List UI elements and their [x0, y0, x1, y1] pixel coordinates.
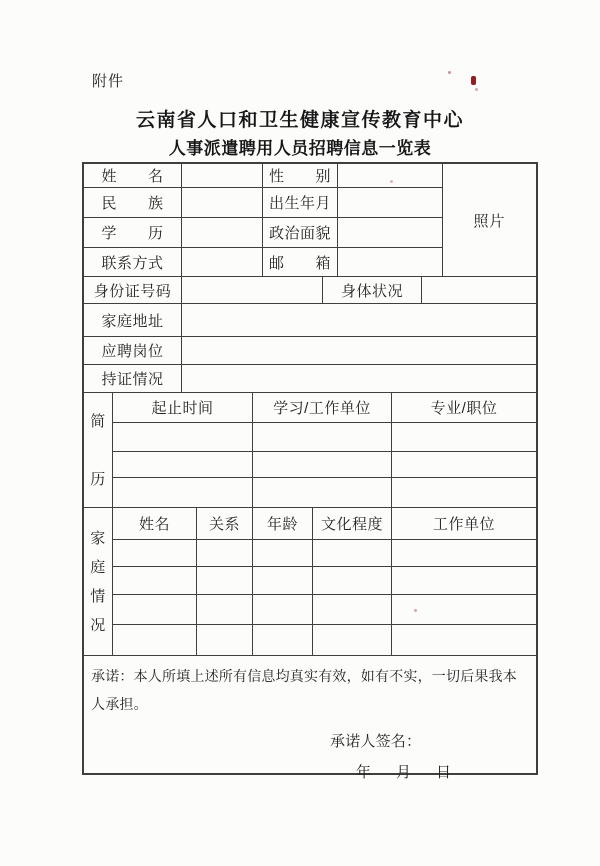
family-relation-cell [197, 595, 253, 624]
name-value-cell [182, 164, 263, 187]
resume-section: 简 历 起止时间 学习/工作单位 专业/职位 [84, 393, 536, 508]
form-title-org: 云南省人口和卫生健康宣传教育中心 [0, 105, 600, 132]
resume-row [113, 478, 536, 508]
resume-period-cell [113, 478, 253, 507]
resume-organization-cell [253, 452, 392, 477]
education-value-cell [182, 218, 263, 247]
table-row: 联系方式 邮 箱 [84, 248, 442, 277]
family-employer-cell [392, 595, 536, 624]
ethnicity-label: 民 族 [84, 188, 182, 217]
id-number-value-cell [182, 277, 323, 303]
scanned-form-page: 附件 云南省人口和卫生健康宣传教育中心 人事派遣聘用人员招聘信息一览表 姓 名 … [0, 0, 600, 866]
resume-row [113, 423, 536, 452]
family-education-cell [313, 540, 392, 566]
table-row: 身份证号码 身体状况 [84, 277, 536, 304]
family-row [113, 567, 536, 595]
family-row [113, 625, 536, 656]
date-label: 年 月 日 [356, 759, 528, 787]
attachment-label: 附件 [92, 70, 124, 91]
commitment-text: 承诺：本人所填上述所有信息均真实有效，如有不实，一切后果我本人承担。 [91, 662, 528, 718]
resume-header-organization: 学习/工作单位 [253, 393, 392, 422]
certificates-label: 持证情况 [84, 365, 182, 392]
family-header-employer: 工作单位 [392, 508, 536, 539]
signature-label: 承诺人签名： [330, 730, 528, 754]
resume-period-cell [113, 423, 253, 451]
family-header-age: 年龄 [253, 508, 313, 539]
family-education-cell [313, 625, 392, 655]
resume-section-label: 简 历 [84, 393, 113, 508]
health-status-value-cell [422, 277, 536, 303]
applied-position-label: 应聘岗位 [84, 337, 182, 364]
form-title-main: 人事派遣聘用人员招聘信息一览表 [0, 134, 600, 159]
family-age-cell [253, 567, 313, 594]
family-age-cell [253, 540, 313, 566]
recruitment-info-table: 姓 名 性 别 民 族 出生年月 学 历 政治面貌 [82, 162, 538, 775]
contact-label: 联系方式 [84, 248, 182, 276]
family-header-education: 文化程度 [313, 508, 392, 539]
table-row: 持证情况 [84, 365, 536, 393]
family-header-name: 姓名 [113, 508, 197, 539]
family-row [113, 540, 536, 567]
resume-major-cell [392, 478, 536, 507]
family-header-row: 姓名 关系 年龄 文化程度 工作单位 [113, 508, 536, 540]
commitment-section: 承诺：本人所填上述所有信息均真实有效，如有不实，一切后果我本人承担。 承诺人签名… [84, 656, 536, 773]
political-status-label: 政治面貌 [263, 218, 338, 247]
resume-major-cell [392, 452, 536, 477]
contact-value-cell [182, 248, 263, 276]
ink-speck [448, 71, 451, 74]
resume-organization-cell [253, 478, 392, 507]
table-row: 民 族 出生年月 [84, 188, 442, 218]
gender-value-cell [338, 164, 442, 187]
ink-speck [475, 88, 478, 91]
table-row: 家庭地址 [84, 304, 536, 337]
resume-header-major-position: 专业/职位 [392, 393, 536, 422]
family-relation-cell [197, 567, 253, 594]
resume-period-cell [113, 452, 253, 477]
family-name-cell [113, 625, 197, 655]
resume-header-period: 起止时间 [113, 393, 253, 422]
table-row: 学 历 政治面貌 [84, 218, 442, 248]
home-address-label: 家庭地址 [84, 304, 182, 336]
family-education-cell [313, 567, 392, 594]
resume-header-row: 起止时间 学习/工作单位 专业/职位 [113, 393, 536, 423]
family-employer-cell [392, 567, 536, 594]
family-relation-cell [197, 625, 253, 655]
family-age-cell [253, 625, 313, 655]
family-relation-cell [197, 540, 253, 566]
resume-organization-cell [253, 423, 392, 451]
family-header-relation: 关系 [197, 508, 253, 539]
photo-placeholder-cell: 照片 [442, 164, 536, 277]
resume-row [113, 452, 536, 478]
birthdate-value-cell [338, 188, 442, 217]
family-name-cell [113, 595, 197, 624]
education-label: 学 历 [84, 218, 182, 247]
table-row: 应聘岗位 [84, 337, 536, 365]
basic-info-section: 姓 名 性 别 民 族 出生年月 学 历 政治面貌 [84, 164, 536, 277]
email-label: 邮 箱 [263, 248, 338, 276]
family-section: 家 庭 情 况 姓名 关系 年龄 文化程度 工作单位 [84, 508, 536, 656]
family-employer-cell [392, 540, 536, 566]
gender-label: 性 别 [263, 164, 338, 187]
family-age-cell [253, 595, 313, 624]
applied-position-value-cell [182, 337, 536, 364]
family-education-cell [313, 595, 392, 624]
resume-major-cell [392, 423, 536, 451]
health-status-label: 身体状况 [323, 277, 422, 303]
political-status-value-cell [338, 218, 442, 247]
ethnicity-value-cell [182, 188, 263, 217]
id-number-label: 身份证号码 [84, 277, 182, 303]
family-section-label: 家 庭 情 况 [84, 508, 113, 656]
birthdate-label: 出生年月 [263, 188, 338, 217]
email-value-cell [338, 248, 442, 276]
name-label: 姓 名 [84, 164, 182, 187]
family-name-cell [113, 540, 197, 566]
family-name-cell [113, 567, 197, 594]
certificates-value-cell [182, 365, 536, 392]
home-address-value-cell [182, 304, 536, 336]
family-row [113, 595, 536, 625]
ink-speck [471, 76, 476, 85]
family-employer-cell [392, 625, 536, 655]
table-row: 姓 名 性 别 [84, 164, 442, 188]
